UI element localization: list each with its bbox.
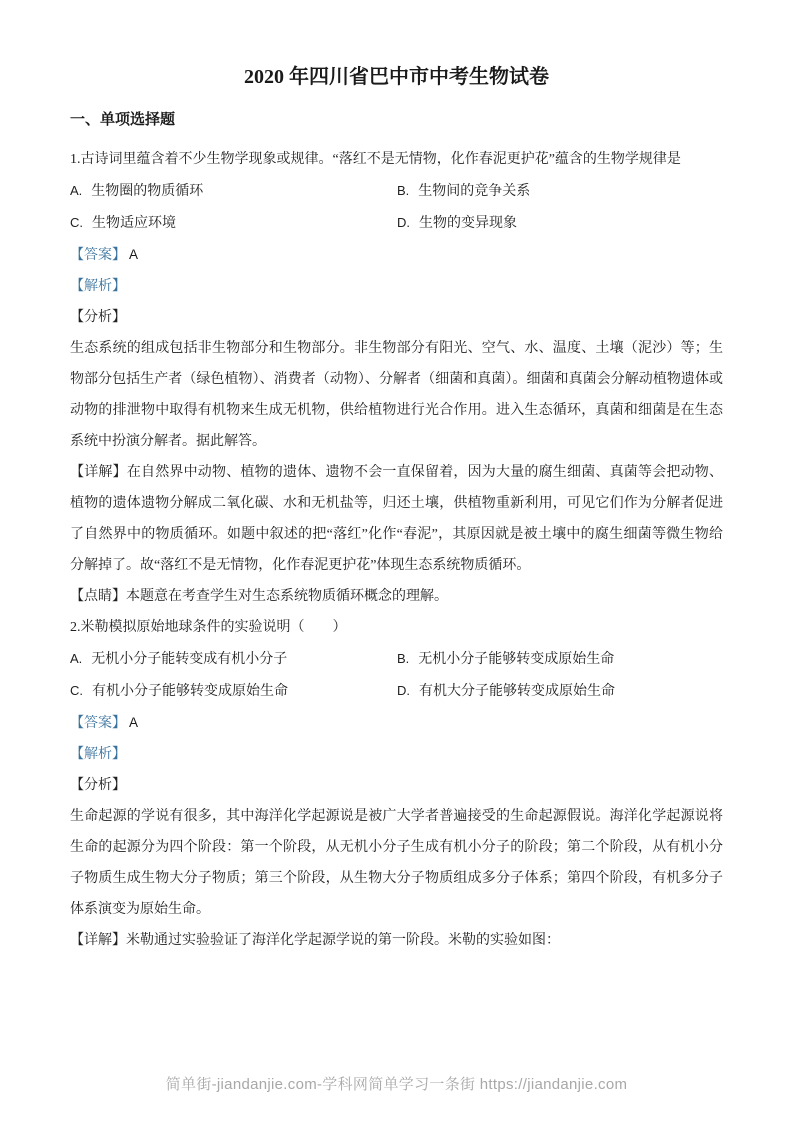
answer-line: 【答案】A: [70, 707, 723, 739]
xiangjie-text: 在自然界中动物、植物的遗体、遗物不会一直保留着，因为大量的腐生细菌、真菌等会把动…: [70, 465, 723, 573]
xiangjie-marker: 【详解】: [70, 465, 127, 480]
option-text: 有机大分子能够转变成原始生命: [419, 684, 615, 699]
xiangjie-marker: 【详解】: [70, 933, 126, 948]
question-stem: 1.古诗词里蕴含着不少生物学现象或规律。“落红不是无情物，化作春泥更护花”蕴含的…: [70, 144, 723, 175]
footer-watermark: 简单街-jiandanjie.com-学科网简单学习一条街 https://ji…: [0, 1073, 793, 1094]
dianjing-text: 本题意在考查学生对生态系统物质循环概念的理解。: [126, 589, 448, 604]
section-heading: 一、单项选择题: [70, 110, 723, 130]
fenxi-line: 【分析】: [70, 302, 723, 333]
option-text: 有机小分子能够转变成原始生命: [92, 684, 288, 699]
exam-title: 2020 年四川省巴中市中考生物试卷: [70, 62, 723, 92]
options-grid: A.无机小分子能转变成有机小分子 B.无机小分子能够转变成原始生命 C.有机小分…: [70, 643, 723, 707]
option-text: 无机小分子能转变成有机小分子: [91, 652, 287, 667]
option-d: D.有机大分子能够转变成原始生命: [397, 675, 723, 707]
option-label: B.: [397, 183, 409, 198]
answer-marker: 【答案】: [70, 716, 126, 731]
option-b: B.无机小分子能够转变成原始生命: [397, 643, 723, 675]
xiangjie-text: 米勒通过实验验证了海洋化学起源学说的第一阶段。米勒的实验如图：: [126, 933, 560, 948]
option-text: 生物的变异现象: [419, 216, 517, 231]
option-c: C.有机小分子能够转变成原始生命: [70, 675, 397, 707]
answer-marker: 【答案】: [70, 248, 126, 263]
answer-value: A: [129, 247, 138, 262]
option-c: C.生物适应环境: [70, 207, 397, 239]
fenxi-line: 【分析】: [70, 770, 723, 801]
options-grid: A.生物圈的物质循环 B.生物间的竞争关系 C.生物适应环境 D.生物的变异现象: [70, 175, 723, 239]
jiexi-line: 【解析】: [70, 271, 723, 302]
fenxi-marker: 【分析】: [70, 310, 126, 325]
option-a: A.生物圈的物质循环: [70, 175, 397, 207]
exam-page: 2020 年四川省巴中市中考生物试卷 一、单项选择题 1.古诗词里蕴含着不少生物…: [0, 0, 793, 1122]
option-label: C.: [70, 683, 83, 698]
question-2: 2.米勒模拟原始地球条件的实验说明（ ） A.无机小分子能转变成有机小分子 B.…: [70, 612, 723, 956]
xiangjie-paragraph: 【详解】米勒通过实验验证了海洋化学起源学说的第一阶段。米勒的实验如图：: [70, 925, 723, 956]
option-label: A.: [70, 183, 82, 198]
fenxi-paragraph: 生命起源的学说有很多，其中海洋化学起源说是被广大学者普遍接受的生命起源假说。海洋…: [70, 801, 723, 925]
option-d: D.生物的变异现象: [397, 207, 723, 239]
dianjing-marker: 【点睛】: [70, 589, 126, 604]
fenxi-paragraph: 生态系统的组成包括非生物部分和生物部分。非生物部分有阳光、空气、水、温度、土壤（…: [70, 333, 723, 457]
jiexi-line: 【解析】: [70, 739, 723, 770]
question-1: 1.古诗词里蕴含着不少生物学现象或规律。“落红不是无情物，化作春泥更护花”蕴含的…: [70, 144, 723, 612]
option-text: 无机小分子能够转变成原始生命: [418, 652, 614, 667]
xiangjie-paragraph: 【详解】在自然界中动物、植物的遗体、遗物不会一直保留着，因为大量的腐生细菌、真菌…: [70, 457, 723, 581]
jiexi-marker: 【解析】: [70, 747, 126, 762]
option-label: D.: [397, 215, 410, 230]
dianjing-paragraph: 【点睛】本题意在考查学生对生态系统物质循环概念的理解。: [70, 581, 723, 612]
option-label: B.: [397, 651, 409, 666]
option-label: D.: [397, 683, 410, 698]
fenxi-marker: 【分析】: [70, 778, 126, 793]
option-label: A.: [70, 651, 82, 666]
option-b: B.生物间的竞争关系: [397, 175, 723, 207]
option-label: C.: [70, 215, 83, 230]
answer-line: 【答案】A: [70, 239, 723, 271]
option-text: 生物适应环境: [92, 216, 176, 231]
answer-value: A: [129, 715, 138, 730]
option-text: 生物间的竞争关系: [418, 184, 530, 199]
option-text: 生物圈的物质循环: [91, 184, 203, 199]
jiexi-marker: 【解析】: [70, 279, 126, 294]
question-stem: 2.米勒模拟原始地球条件的实验说明（ ）: [70, 612, 723, 643]
option-a: A.无机小分子能转变成有机小分子: [70, 643, 397, 675]
